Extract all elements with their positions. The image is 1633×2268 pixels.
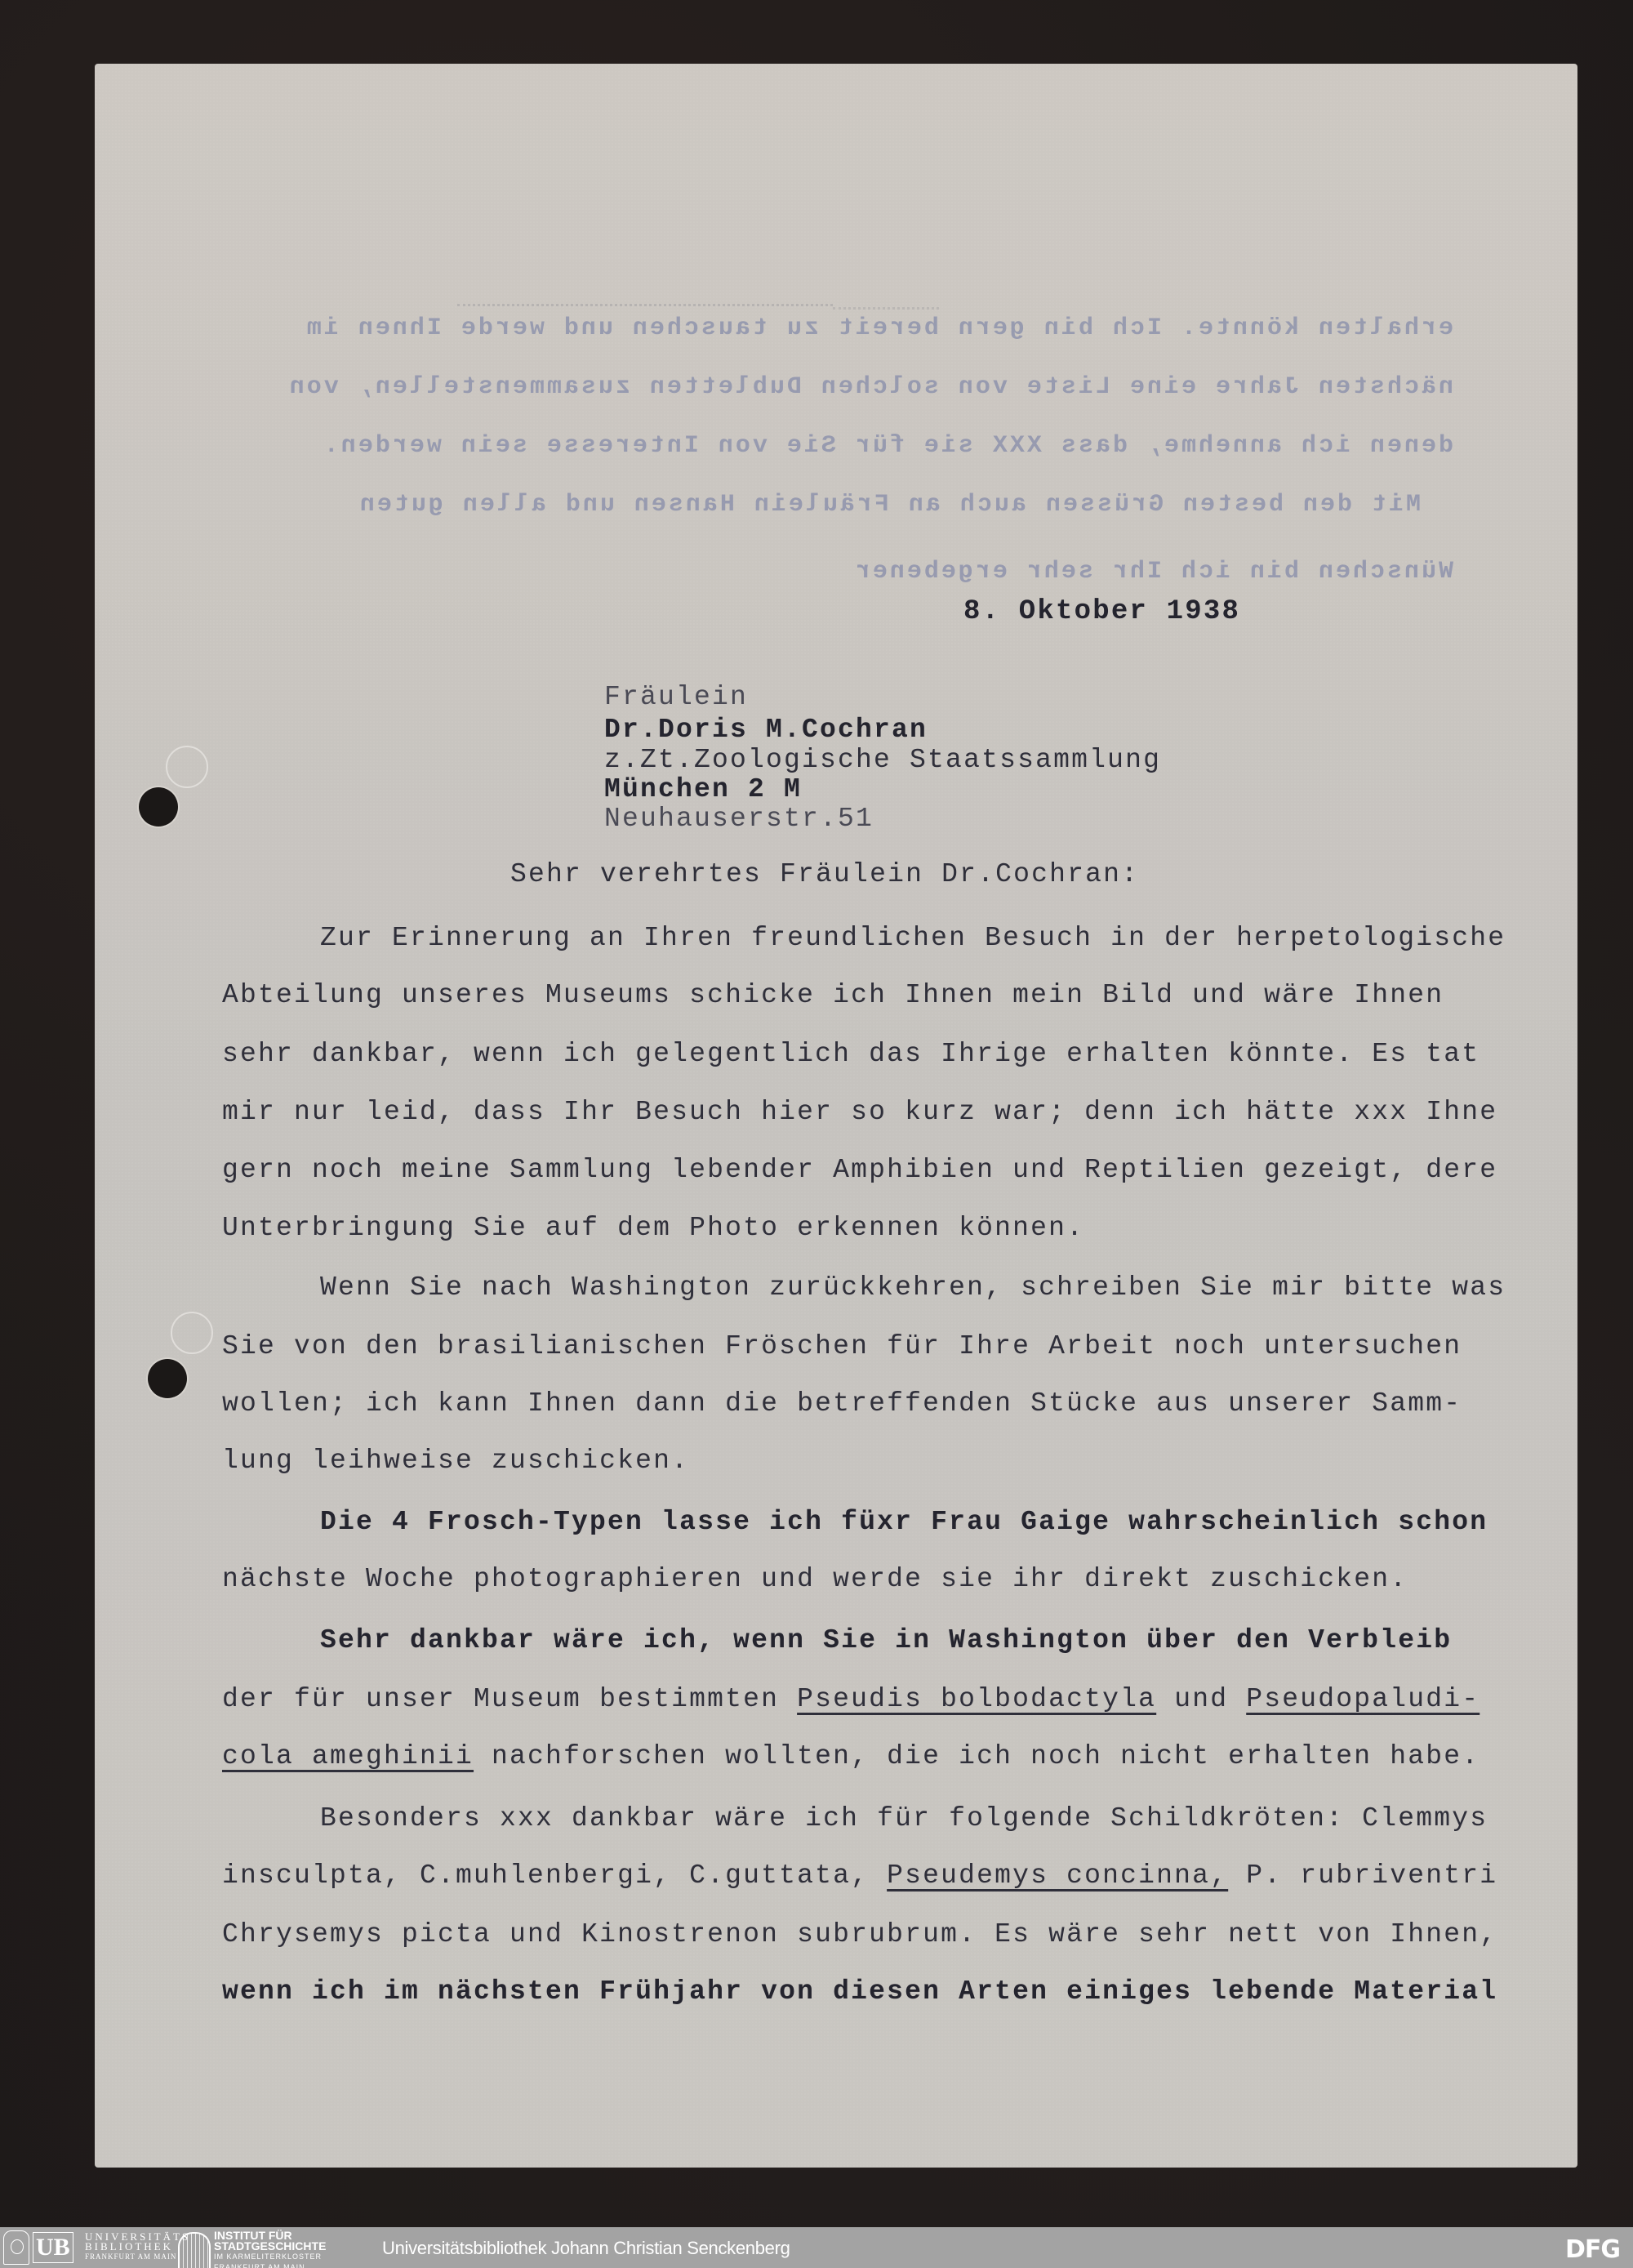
- faint-offset-rule: [457, 304, 833, 309]
- body-text: P. rubriventri: [1228, 1860, 1497, 1891]
- body-line: der für unser Museum bestimmten Pseudis …: [222, 1684, 1479, 1714]
- recipient-city: München 2 M: [604, 774, 802, 804]
- body-line: Sie von den brasilianischen Fröschen für…: [222, 1331, 1462, 1361]
- offset-line: Mit den besten Grüssen auch an Fräulein …: [358, 491, 1421, 519]
- body-line: Wenn Sie nach Washington zurückkehren, s…: [320, 1272, 1506, 1303]
- ub-line: FRANKFURT AM MAIN: [85, 2252, 190, 2261]
- portrait-icon: [3, 2230, 29, 2265]
- body-line: mir nur leid, dass Ihr Besuch hier so ku…: [222, 1097, 1497, 1127]
- body-text: und: [1156, 1684, 1246, 1714]
- species-name-underlined: Pseudopaludi-: [1246, 1684, 1479, 1714]
- body-text: der für unser Museum bestimmten: [222, 1684, 797, 1714]
- body-line: Chrysemys picta und Kinostrenon subrubru…: [222, 1919, 1497, 1949]
- ifs-wordmark: INSTITUT FÜR STADTGESCHICHTE IM KARMELIT…: [214, 2230, 326, 2268]
- recipient-street: Neuhauserstr.51: [604, 804, 874, 834]
- arch-logo-icon: [178, 2232, 211, 2268]
- body-line: lung leihweise zuschicken.: [222, 1446, 689, 1476]
- body-line: Unterbringung Sie auf dem Photo erkennen…: [222, 1213, 1084, 1243]
- body-line: insculpta, C.muhlenbergi, C.guttata, Pse…: [222, 1860, 1497, 1891]
- library-title: Universitätsbibliothek Johann Christian …: [382, 2238, 790, 2259]
- punch-hole: [139, 787, 178, 827]
- recipient-salutation: Fräulein: [604, 682, 748, 712]
- recipient-name: Dr.Doris M.Cochran: [604, 715, 928, 745]
- offset-line: denen ich annehme, dass XXX sie für Sie …: [322, 432, 1453, 460]
- body-text: insculpta, C.muhlenbergi, C.guttata,: [222, 1860, 887, 1891]
- species-name-underlined: cola ameghinii: [222, 1741, 474, 1771]
- body-line: sehr dankbar, wenn ich gelegentlich das …: [222, 1039, 1479, 1069]
- footer-bar: UB UNIVERSITÄTS BIBLIOTHEK FRANKFURT AM …: [0, 2227, 1633, 2268]
- body-line: Besonders xxx dankbar wäre ich für folge…: [320, 1803, 1488, 1834]
- dfg-logo: DFG: [1565, 2235, 1620, 2264]
- body-line: Abteilung unseres Museums schicke ich Ih…: [222, 980, 1444, 1010]
- offset-line: nächsten Jahre eine Liste von solchen Du…: [287, 373, 1453, 401]
- letter-date: 8. Oktober 1938: [963, 596, 1240, 627]
- species-name-underlined: Pseudemys concinna,: [887, 1860, 1228, 1891]
- punch-hole: [148, 1359, 187, 1398]
- ub-letters: UB: [33, 2232, 73, 2263]
- recipient-institution: z.Zt.Zoologische Staatssammlung: [604, 745, 1161, 775]
- ub-line: BIBLIOTHEK: [85, 2242, 190, 2252]
- letter-greeting: Sehr verehrtes Fräulein Dr.Cochran:: [510, 859, 1139, 889]
- ifs-line: STADTGESCHICHTE: [214, 2241, 326, 2252]
- body-line: nächste Woche photographieren und werde …: [222, 1564, 1408, 1594]
- body-line: Sehr dankbar wäre ich, wenn Sie in Washi…: [320, 1625, 1452, 1655]
- ifs-line: IM KARMELITERKLOSTER: [214, 2252, 326, 2262]
- body-text: nachforschen wollten, die ich noch nicht…: [474, 1741, 1479, 1771]
- body-line: gern noch meine Sammlung lebender Amphib…: [222, 1155, 1497, 1185]
- body-line: wollen; ich kann Ihnen dann die betreffe…: [222, 1388, 1462, 1419]
- ghost-punch-ring: [171, 1312, 213, 1354]
- body-line: Zur Erinnerung an Ihren freundlichen Bes…: [320, 923, 1506, 953]
- faint-offset-rule: [833, 307, 939, 312]
- ub-logo: UB: [3, 2230, 85, 2265]
- body-line: wenn ich im nächsten Frühjahr von diesen…: [222, 1976, 1497, 2007]
- body-line: Die 4 Frosch-Typen lasse ich füxr Frau G…: [320, 1507, 1488, 1537]
- ub-wordmark: UNIVERSITÄTS BIBLIOTHEK FRANKFURT AM MAI…: [85, 2232, 190, 2261]
- offset-line: erhalten könnte. Ich bin gern bereit zu …: [305, 314, 1453, 342]
- ghost-punch-ring: [166, 746, 208, 788]
- species-name-underlined: Pseudis bolbodactyla: [797, 1684, 1156, 1714]
- body-line: cola ameghinii nachforschen wollten, die…: [222, 1741, 1479, 1771]
- offset-line: Wünschen bin ich Ihr sehr ergebener: [853, 558, 1453, 586]
- ifs-line: FRANKFURT AM MAIN: [214, 2262, 326, 2268]
